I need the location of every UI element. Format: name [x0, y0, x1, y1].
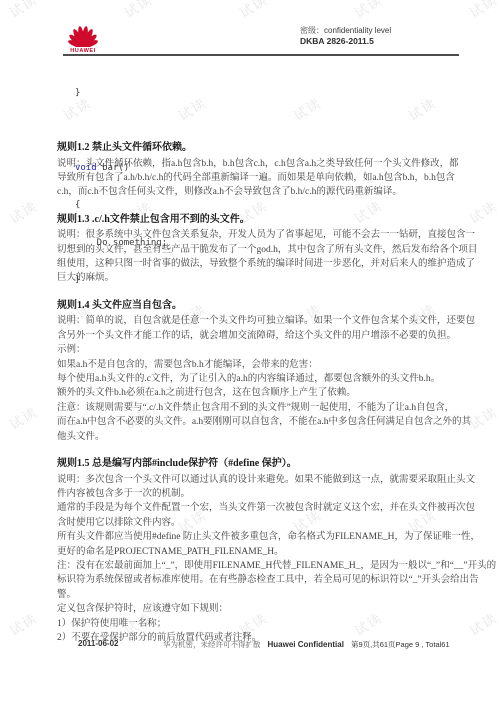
rule-title: 规则1.4 头文件应当自包含。 — [57, 299, 472, 314]
rule-section-1-2: 规则1.2 禁止头文件循环依赖。 说明：头文件循环依赖，指a.h包含b.h，b.… — [57, 141, 472, 200]
text-line: 标识符为系统保留或者标准库使用。在有些静态检查工具中，若全局可见的标识符以“_”… — [57, 573, 472, 587]
document-body: 规则1.2 禁止头文件循环依赖。 说明：头文件循环依赖，指a.h包含b.h，b.… — [57, 141, 472, 645]
text-line: 额外的头文件b.h必须在a.h之前进行包含，这在包含顺序上产生了依赖。 — [57, 386, 472, 400]
text-line: 说明：多次包含一个头文件可以通过认真的设计来避免。如果不能做到这一点，就需要采取… — [57, 473, 472, 487]
text-line: 切想到的头文件，甚至有些产品干脆发布了一个god.h，其中包含了所有头文件，然后… — [57, 243, 472, 257]
text-line: 而在a.h中包含不必要的头文件。a.h要刚刚可以自包含，不能在a.h中多包含任何… — [57, 415, 472, 429]
text-line: 更好的命名是PROJECTNAME_PATH_FILENAME_H。 — [57, 545, 472, 559]
huawei-logo-text: HUAWEI — [63, 48, 103, 54]
text-line: 每个使用a.h头文件的.c文件，为了让引入的a.h的内容编译通过，都要包含额外的… — [57, 372, 472, 386]
header-meta: 密级：confidentiality level DKBA 2826-2011.… — [300, 26, 391, 47]
rule-title: 规则1.3 .c/.h文件禁止包含用不到的头文件。 — [57, 213, 472, 228]
watermark-text: 试读 — [5, 0, 41, 22]
text-line: 注意：该规则需要与“.c/.h文件禁止包含用不到的头文件”规则一起使用，不能为了… — [57, 401, 472, 415]
rule-section-1-4: 规则1.4 头文件应当自包含。 说明：简单的说，自包含就是任意一个头文件均可独立… — [57, 299, 472, 444]
page-footer: 2011-06-02 华为机密，未经许可不得扩散Huawei Confident… — [0, 639, 499, 653]
rule-paragraph: 说明：头文件循环依赖，指a.h包含b.h，b.h包含c.h，c.h包含a.h之类… — [57, 157, 472, 200]
text-line: 说明：很多系统中头文件包含关系复杂，开发人员为了省事起见，可能不会去一一钻研，直… — [57, 228, 472, 242]
text-line: 注：没有在宏最前面加上“_”，即使用FILENAME_H代替_FILENAME_… — [57, 559, 472, 573]
watermark-text: 试读 — [5, 195, 41, 227]
text-line: 1）保护符使用唯一名称； — [57, 617, 472, 631]
text-line: c.h，而c.h不包含任何头文件，则修改a.h不会导致包含了b.h/c.h的源代… — [57, 185, 472, 199]
watermark-text: 试读 — [289, 92, 325, 124]
code-blank-line — [75, 125, 167, 137]
watermark-text: 试读 — [174, 92, 210, 124]
rule-title: 规则1.2 禁止头文件循环依赖。 — [57, 141, 472, 156]
text-line: 件内容被包含多于一次的机制。 — [57, 487, 472, 501]
text-line: 含另外一个头文件才能工作的话，就会增加交流障碍，给这个头文件的用户增添不必要的负… — [57, 329, 472, 343]
rule-paragraph: 说明：很多系统中头文件包含关系复杂，开发人员为了省事起见，可能不会去一一钻研，直… — [57, 228, 472, 286]
huawei-logo-icon — [67, 26, 99, 47]
document-number: DKBA 2826-2011.5 — [300, 36, 391, 47]
text-line: 说明：简单的说，自包含就是任意一个头文件均可独立编译。如果一个文件包含某个头文件… — [57, 314, 472, 328]
watermark-text: 试读 — [5, 607, 41, 639]
confidentiality-level: 密级：confidentiality level — [300, 26, 391, 36]
footer-confidential-cn: 华为机密，未经许可不得扩散 — [163, 640, 261, 649]
rule-title: 规则1.5 总是编写内部#include保护符（#define 保护）。 — [57, 457, 472, 472]
footer-date: 2011-06-02 — [78, 639, 118, 648]
text-line: 说明：头文件循环依赖，指a.h包含b.h，b.h包含c.h，c.h包含a.h之类… — [57, 157, 472, 171]
rule-paragraph: 说明：多次包含一个头文件可以通过认真的设计来避免。如果不能做到这一点，就需要采取… — [57, 473, 472, 646]
page-header: HUAWEI 密级：confidentiality level DKBA 282… — [63, 0, 459, 56]
watermark-text: 试读 — [404, 92, 440, 124]
text-line: 如果a.h不是自包含的，需要包含b.h才能编译，会带来的危害： — [57, 358, 472, 372]
text-line: 巨大的麻烦。 — [57, 271, 472, 285]
document-page: 试读试读试读试读试读试读试读试读试读试读试读试读试读试读试读试读试读试读试读试读… — [0, 0, 499, 706]
text-line: 通常的手段是为每个文件配置一个宏，当头文件第一次被包含时就定义这个宏，并在头文件… — [57, 501, 472, 515]
code-line-close-prev: } — [75, 87, 167, 100]
rule-section-1-5: 规则1.5 总是编写内部#include保护符（#define 保护）。 说明：… — [57, 457, 472, 645]
rule-section-1-3: 规则1.3 .c/.h文件禁止包含用不到的头文件。 说明：很多系统中头文件包含关… — [57, 213, 472, 286]
huawei-logo: HUAWEI — [63, 26, 103, 54]
footer-page-number: 第9页,共61页Page 9 , Total61 — [351, 640, 450, 649]
watermark-text: 试读 — [5, 401, 41, 433]
text-line: 定义包含保护符时，应该遵守如下规则： — [57, 602, 472, 616]
text-line: 所有头文件都应当使用#define 防止头文件被多重包含，命名格式为FILENA… — [57, 530, 472, 544]
text-line: 组使用，这种只图一时省事的做法，导致整个系统的编译时间进一步恶化，并对后来人的维… — [57, 257, 472, 271]
text-line: 示例： — [57, 343, 472, 357]
text-line: 警。 — [57, 588, 472, 602]
footer-confidential-en: Huawei Confidential — [268, 640, 344, 649]
text-line: 他头文件。 — [57, 430, 472, 444]
text-line: 导致所有包含了a.h/b.h/c.h的代码全部重新编译一遍。而如果是单向依赖，如… — [57, 171, 472, 185]
footer-center: 华为机密，未经许可不得扩散Huawei Confidential第9页,共61页… — [163, 639, 450, 650]
rule-paragraph: 说明：简单的说，自包含就是任意一个头文件均可独立编译。如果一个文件包含某个头文件… — [57, 314, 472, 444]
watermark-text: 试读 — [465, 0, 499, 22]
text-line: 含时使用它以排除文件内容。 — [57, 516, 472, 530]
